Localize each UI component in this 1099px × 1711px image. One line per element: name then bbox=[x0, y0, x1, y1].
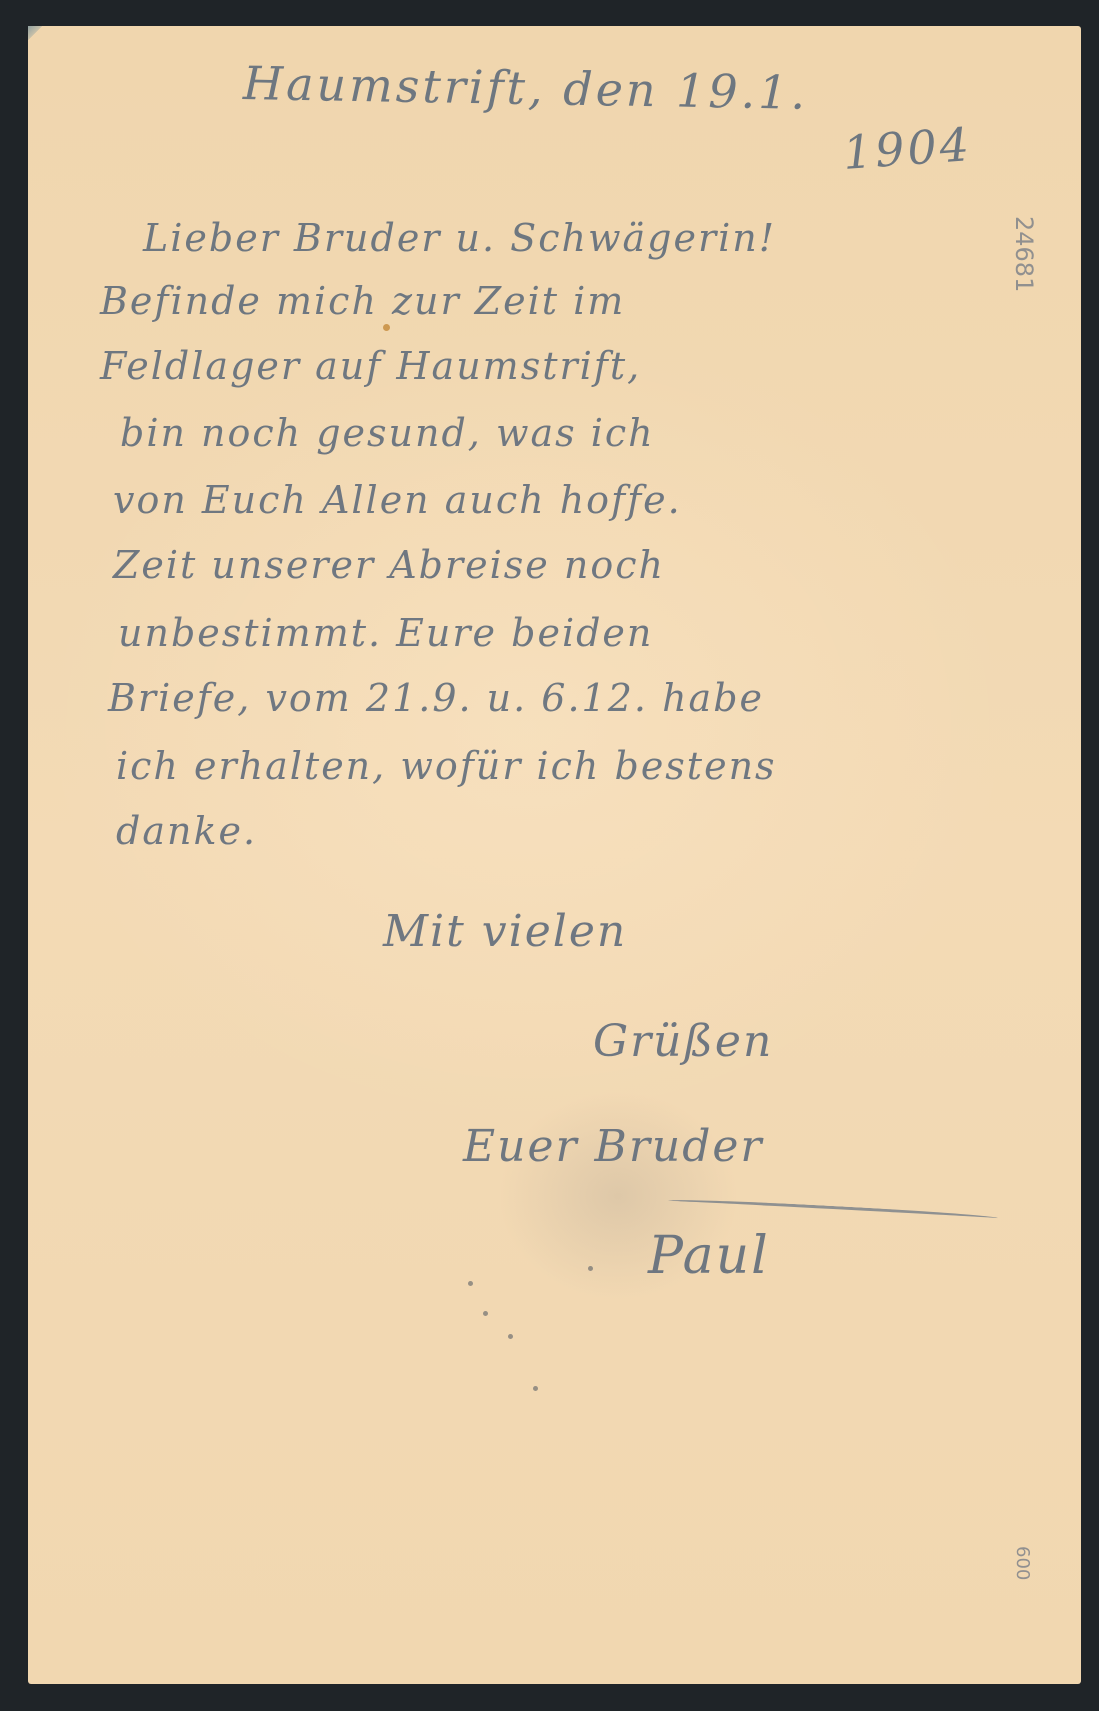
salutation: Lieber Bruder u. Schwägerin! bbox=[143, 216, 776, 260]
signature: Paul bbox=[648, 1226, 770, 1286]
body-line-4: von Euch Allen auch hoffe. bbox=[113, 478, 682, 522]
speck bbox=[483, 1311, 488, 1316]
heading-year: 1904 bbox=[841, 117, 974, 180]
body-line-2: Feldlager auf Haumstrift, bbox=[100, 344, 641, 388]
speck bbox=[508, 1334, 513, 1339]
signature-flourish bbox=[668, 1197, 998, 1221]
speck bbox=[468, 1281, 473, 1286]
body-line-7: Briefe, vom 21.9. u. 6.12. habe bbox=[108, 676, 764, 720]
postcard: Haumstrift, den 19.1. 1904 Lieber Bruder… bbox=[28, 26, 1081, 1684]
closing-line-2: Grüßen bbox=[593, 1016, 773, 1067]
speck bbox=[533, 1386, 538, 1391]
stain-spot bbox=[383, 324, 390, 331]
heading-place-date: Haumstrift, den 19.1. bbox=[243, 56, 809, 120]
body-line-8: ich erhalten, wofür ich bestens bbox=[116, 744, 777, 788]
closing-line-3: Euer Bruder bbox=[463, 1121, 763, 1172]
card-corner-wear bbox=[28, 26, 42, 40]
body-line-3: bin noch gesund, was ich bbox=[120, 411, 655, 455]
speck bbox=[588, 1266, 593, 1271]
body-line-5: Zeit unserer Abreise noch bbox=[113, 543, 665, 587]
catalog-number-annotation: 24681 bbox=[1010, 216, 1038, 292]
closing-line-1: Mit vielen bbox=[383, 906, 627, 957]
body-line-6: unbestimmt. Eure beiden bbox=[118, 611, 653, 655]
body-line-9: danke. bbox=[116, 809, 257, 853]
bottom-right-mark: 600 bbox=[1012, 1546, 1033, 1580]
body-line-1: Befinde mich zur Zeit im bbox=[100, 279, 625, 323]
